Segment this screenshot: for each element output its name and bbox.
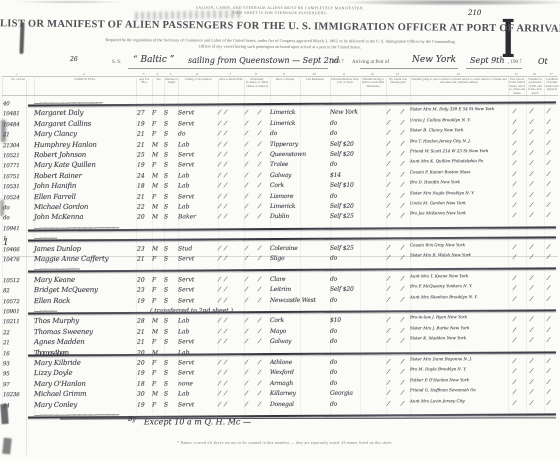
ss-label: S. S. [112, 60, 121, 65]
column-number: 13 [386, 72, 408, 76]
cell-ticket-number: 10941 [3, 226, 20, 232]
cell-relative-address: Friend W. Scott 214 W 23 St New York [410, 149, 504, 154]
cell-health-ditto: ⁄ [548, 212, 549, 219]
cell-sex: F [152, 276, 156, 283]
cell-age: 21 [137, 141, 145, 148]
cell-ticket-ditto: ⁄ [388, 213, 389, 220]
cell-ticket-number: 10521 [3, 153, 20, 159]
cell-money-ditto: ⁄ [531, 212, 532, 219]
column-number: 3 [136, 72, 151, 76]
cell-health-ditto: ⁄ [548, 285, 549, 292]
cell-ticket-ditto: ⁄ [388, 140, 389, 147]
cell-ticket-ditto: ⁄ [388, 119, 389, 126]
column-number: 2 [34, 72, 134, 76]
cell-money-ditto: ⁄ [531, 389, 532, 396]
cell-ever-in-us-ditto: ⁄ [514, 129, 515, 136]
cell-ticket-ditto: ⁄ [388, 244, 389, 251]
cell-occupation: Lab [178, 391, 189, 398]
scan-noise-top-right [300, 0, 560, 6]
cell-destination-payment: do [330, 130, 337, 137]
cell-relative-address: Bro-in-law J. Ryan New York [410, 315, 504, 320]
column-header: Calling or Occupation [178, 78, 217, 95]
cell-health-ditto: ⁄ [548, 119, 549, 126]
cell-sex: F [152, 110, 156, 117]
column-header: Married or Single [164, 78, 178, 95]
cell-nationality-ditto: ⁄ [246, 297, 247, 304]
cell-sex: F [152, 131, 156, 138]
cell-race-ditto: ⁄ [259, 130, 260, 137]
cell-destination-payment: do [330, 328, 337, 335]
cell-nationality-ditto: ⁄ [246, 255, 247, 262]
cell-relative-address: Bro T. Hanlon Jersey City N. J. [410, 139, 504, 144]
cell-sex: M [152, 328, 158, 335]
cell-health-ditto: ⁄ [548, 243, 549, 250]
cell-read-write-ditto: ⁄⁄ [219, 110, 231, 117]
cell-destination-payment: do [330, 380, 337, 387]
margin-mark: 1 [3, 238, 9, 248]
cell-marital-status: S [164, 391, 168, 398]
cell-health-ditto: ⁄ [548, 327, 549, 334]
cell-health-ditto: ⁄ [548, 254, 549, 261]
cell-ticket-number: 21304 [3, 143, 20, 149]
cell-money-ditto: ⁄ [531, 243, 532, 250]
cell-relative-address: Cousin P. Rainer Boston Mass [410, 170, 504, 175]
cell-money-ditto: ⁄ [531, 316, 532, 323]
cell-occupation: Stud [178, 245, 192, 252]
cell-passage-ditto: ⁄ [402, 244, 403, 251]
cell-race-ditto: ⁄ [259, 245, 260, 252]
cell-passage-ditto: ⁄ [402, 192, 403, 199]
cell-last-residence: Killarney [270, 390, 296, 397]
cell-passage-ditto: ⁄ [402, 317, 403, 324]
cell-passage-ditto: ⁄ [402, 182, 403, 189]
cell-relative-address: Sister Mrs M. Daly 339 E 54 St New York [410, 107, 504, 112]
cell-ever-in-us-ditto: ⁄ [514, 108, 515, 115]
cell-race-ditto: ⁄ [259, 161, 260, 168]
cell-nationality-ditto: ⁄ [246, 380, 247, 387]
cell-ticket-ditto: ⁄ [388, 130, 389, 137]
cell-sex: M [152, 349, 158, 356]
header-rule-bottom [2, 95, 558, 96]
cell-destination-payment: do [330, 120, 337, 127]
cell-race-ditto: ⁄ [259, 151, 260, 158]
cell-occupation: Lab [178, 172, 189, 179]
cell-name: Michael Grimm [34, 390, 87, 398]
cell-race-ditto: ⁄ [259, 369, 260, 376]
cell-name: ———— [34, 307, 56, 315]
cell-age: 18 [137, 183, 145, 190]
cell-passage-ditto: ⁄ [402, 400, 403, 407]
cell-relative-address: Sister Mrs Nagle Brooklyn N. Y. [410, 191, 504, 196]
cell-relative-address: Bro Jas McKenna New York [410, 211, 504, 216]
cell-sex: F [152, 287, 156, 294]
cell-ever-in-us-ditto: ⁄ [514, 337, 515, 344]
cell-nationality-ditto: ⁄ [246, 203, 247, 210]
column-number: 17 [544, 72, 558, 76]
cell-race-ditto: ⁄ [259, 109, 260, 116]
cell-relative-address: Aunt Mrs Lavin Jersey City [410, 399, 504, 404]
handwritten-footer-note: ByExcept 10 a m Q. H. Mc — [128, 416, 251, 427]
voyage-line: 26 S. S. “ Baltic ” sailing from Queenst… [0, 54, 560, 72]
cell-last-residence: Leitrim [270, 286, 291, 293]
cell-age: 23 [137, 287, 145, 294]
cell-name: Ellen Rock [34, 297, 70, 305]
cell-relative-address: Bro P. McQueeny Yonkers N. Y. [410, 284, 504, 289]
cell-destination-payment: do [330, 192, 337, 199]
cell-ticket-ditto: ⁄ [388, 286, 389, 293]
cell-marital-status: S [164, 370, 168, 377]
cell-ticket-ditto: ⁄ [388, 400, 389, 407]
cell-age: 28 [137, 318, 145, 325]
cell-occupation: none [178, 380, 193, 387]
column-header: Whether going to join a relative or frie… [410, 78, 507, 95]
cell-destination-payment: do [330, 359, 337, 366]
cell-occupation: Servt [178, 193, 194, 200]
column-header: Sex [152, 78, 164, 95]
cell-race-ditto: ⁄ [259, 390, 260, 397]
cell-sex: F [152, 370, 156, 377]
cell-marital-status: S [164, 339, 168, 346]
manifest-row: ————— —————— ———— [0, 409, 560, 421]
cell-age: 30 [137, 391, 145, 398]
cell-passage-ditto: ⁄ [402, 390, 403, 397]
cell-age: 20 [137, 214, 145, 221]
cell-ever-in-us-ditto: ⁄ [514, 212, 515, 219]
cell-marital-status: S [164, 276, 168, 283]
cell-last-residence: Limerick [270, 203, 295, 210]
manifest-table: 1234567891011121314151617 No. on ListNAM… [0, 72, 560, 420]
column-number: 6 [178, 72, 216, 76]
cell-ticket-ditto: ⁄ [388, 379, 389, 386]
cell-age: 18 [137, 380, 145, 387]
cell-occupation: Servt [178, 359, 194, 366]
column-number: 4 [152, 72, 163, 76]
cell-age: 21 [137, 339, 145, 346]
cell-relative-address: Father P. O'Hanlon New York [410, 378, 504, 383]
cell-nationality-ditto: ⁄ [246, 130, 247, 137]
cell-ticket-number: do [3, 216, 9, 222]
cell-passage-ditto: ⁄ [402, 254, 403, 261]
cell-ticket-number: 10771 [3, 164, 20, 170]
column-header: Last Residence [300, 78, 329, 95]
cell-age: 21 [137, 328, 145, 335]
column-number: 10 [300, 72, 328, 76]
cell-nationality-ditto: ⁄ [246, 370, 247, 377]
cell-name: Thomas Sweeney [34, 328, 93, 336]
cell-race-ditto: ⁄ [259, 182, 260, 189]
cell-read-write-ditto: ⁄⁄ [219, 380, 231, 387]
column-number: 16 [526, 72, 542, 76]
cell-occupation: Servt [178, 297, 194, 304]
cell-read-write-ditto: ⁄⁄ [219, 245, 231, 252]
cell-nationality-ditto: ⁄ [246, 359, 247, 366]
cell-money-ditto: ⁄ [531, 202, 532, 209]
cell-race-ditto: ⁄ [259, 213, 260, 220]
cell-ever-in-us-ditto: ⁄ [514, 285, 515, 292]
cell-health-ditto: ⁄ [548, 389, 549, 396]
column-number: 11 [330, 72, 358, 76]
cell-destination-payment: do [330, 369, 337, 376]
cell-name: Mary Kilbride [34, 359, 81, 367]
cell-passage-ditto: ⁄ [402, 358, 403, 365]
cell-name: John McKenna [34, 213, 83, 221]
column-header: Whether in possession of $50, and if les… [526, 78, 543, 95]
cell-occupation: Lab [178, 349, 189, 356]
cell-ticket-ditto: ⁄ [388, 317, 389, 324]
cell-ticket-ditto: ⁄ [388, 171, 389, 178]
cell-ticket-number: 10901 [3, 309, 20, 315]
cell-destination-payment: Self $20 [330, 151, 354, 158]
cell-occupation: Lab [178, 183, 189, 190]
cell-ticket-number: 10531 [3, 184, 20, 190]
cell-ever-in-us-ditto: ⁄ [514, 358, 515, 365]
column-header: Able to Read Write [218, 78, 243, 95]
cell-sex: M [152, 318, 158, 325]
cell-last-residence: do [270, 130, 277, 137]
cell-health-ditto: ⁄ [548, 399, 549, 406]
cell-destination-payment: Self $10 [330, 182, 354, 189]
cell-race-ditto: ⁄ [259, 297, 260, 304]
cell-nationality-ditto: ⁄ [246, 245, 247, 252]
arriving-label: Arriving at Port of [352, 60, 389, 65]
cell-sex: M [152, 214, 158, 221]
cell-sex: F [152, 339, 156, 346]
cell-last-residence: Limerick [270, 109, 295, 116]
cell-age: 23 [137, 245, 145, 252]
cell-age: 21 [137, 256, 145, 263]
cell-relative-address: Sister B. Clancy New York [410, 128, 504, 133]
cell-ticket-number: 10524 [3, 195, 20, 201]
cell-destination-payment: Self $25 [330, 244, 354, 251]
cell-health-ditto: ⁄ [548, 191, 549, 198]
cell-money-ditto: ⁄ [531, 171, 532, 178]
cell-relative-address: Uncle M. Gordon New York [410, 201, 504, 206]
cell-sex: M [152, 204, 158, 211]
cell-destination-payment: do [330, 161, 337, 168]
cell-age: 20 [137, 276, 145, 283]
cell-ticket-number: 21 [3, 132, 10, 138]
year-blank-2: , 190 7 [508, 60, 522, 65]
cell-nationality-ditto: ⁄ [246, 318, 247, 325]
cell-last-residence: Athlone [270, 359, 292, 366]
column-number: 14 [410, 72, 506, 76]
note-prefix: By [128, 416, 136, 423]
cell-sex: F [152, 401, 156, 408]
cell-ticket-number: 10751 [3, 174, 20, 180]
cell-name: Margaret Callins [34, 120, 91, 128]
cell-occupation: Servt [178, 339, 194, 346]
cell-ever-in-us-ditto: ⁄ [514, 244, 515, 251]
cell-money-ditto: ⁄ [531, 285, 532, 292]
cell-marital-status: S [164, 255, 168, 262]
cell-name: ———— [34, 234, 56, 242]
cell-nationality-ditto: ⁄ [246, 214, 247, 221]
cell-age: 19 [137, 297, 145, 304]
cell-ever-in-us-ditto: ⁄ [514, 296, 515, 303]
cell-ticket-number: 97 [3, 382, 10, 388]
cell-marital-status: S [164, 287, 168, 294]
cell-last-residence: Tipperary [270, 141, 298, 148]
cell-read-write-ditto: ⁄⁄ [219, 328, 231, 335]
cell-last-residence: Lismore [270, 193, 293, 200]
cell-marital-status: S [164, 203, 168, 210]
cell-ever-in-us-ditto: ⁄ [514, 316, 515, 323]
cell-sex: M [152, 141, 158, 148]
cell-occupation: Lab [178, 141, 189, 148]
cell-sex: F [152, 120, 156, 127]
cell-name: Robert Rainer [34, 172, 82, 180]
cell-marital-status: S [164, 318, 168, 325]
cell-health-ditto: ⁄ [548, 202, 549, 209]
scanned-manifest-page: SALOON, CABIN, AND STEERAGE ALIENS MUST … [0, 0, 560, 461]
cell-relative-address: Sister Mrs Dunn Bayonne N. J. [410, 357, 504, 362]
cell-last-residence: Cork [270, 317, 284, 324]
cell-relative-address: Friend G. Hoffman Savannah Ga [410, 388, 504, 393]
cell-ticket-number: 82 [3, 288, 10, 294]
cell-sex: F [152, 380, 156, 387]
cell-passage-ditto: ⁄ [402, 171, 403, 178]
cell-read-write-ditto: ⁄⁄ [219, 370, 231, 377]
cell-occupation: Servt [178, 162, 194, 169]
cell-destination-payment: $10 [330, 317, 341, 324]
cell-ever-in-us-ditto: ⁄ [514, 202, 515, 209]
cell-age: 24 [137, 172, 145, 179]
cell-health-ditto: ⁄ [548, 316, 549, 323]
cell-sex: M [152, 172, 158, 179]
cell-passage-ditto: ⁄ [402, 275, 403, 282]
cell-health-ditto: ⁄ [548, 108, 549, 115]
column-number: 12 [360, 72, 384, 76]
cell-nationality-ditto: ⁄ [246, 401, 247, 408]
cell-note: ( transferred to 2nd sheet ) [150, 307, 233, 314]
cell-marital-status: S [164, 120, 168, 127]
end-mark: Ot [538, 57, 548, 66]
cell-last-residence: Galway [270, 172, 291, 179]
cell-ticket-number: 10211 [3, 320, 20, 326]
cell-health-ditto: ⁄ [548, 295, 549, 302]
cell-nationality-ditto: ⁄ [246, 162, 247, 169]
cell-health-ditto: ⁄ [548, 150, 549, 157]
cell-ever-in-us-ditto: ⁄ [514, 275, 515, 282]
cell-relative-address: Aunt Mrs K. Quillen Philadelphia Pa [410, 159, 504, 164]
note-text: Except 10 a m Q. H. Mc — [144, 418, 251, 427]
column-header: Age Yrs. Mos. [136, 78, 152, 95]
arrival-date: Sept 9th [470, 56, 505, 65]
cell-health-ditto: ⁄ [548, 275, 549, 282]
cell-health-ditto: ⁄ [548, 139, 549, 146]
cell-read-write-ditto: ⁄⁄ [219, 182, 231, 189]
cell-name: Humphrey Hanlon [34, 140, 97, 148]
cell-health-ditto: ⁄ [548, 129, 549, 136]
column-number: 5 [164, 72, 177, 76]
cell-last-residence: Newcastle West [270, 296, 316, 303]
cell-name: Agnes Madden [34, 338, 85, 346]
column-header: Condition of health, mental and physical [544, 78, 559, 95]
column-number: 8 [244, 72, 268, 76]
cell-nationality-ditto: ⁄ [246, 172, 247, 179]
cell-age: 20 [137, 349, 145, 356]
cell-read-write-ditto: ⁄⁄ [219, 172, 231, 179]
cell-name: ———— ————— ——— [34, 99, 101, 107]
cell-last-residence: Limerick [270, 120, 295, 127]
cell-age: 20 [137, 360, 145, 367]
cell-marital-status: S [164, 172, 168, 179]
column-header: Ever before in the United States; and if… [508, 78, 525, 95]
cell-sex: M [152, 391, 158, 398]
cell-passage-ditto: ⁄ [402, 369, 403, 376]
cell-age: 21 [137, 193, 145, 200]
cell-name: Bridget McQueeny [34, 286, 98, 294]
cell-passage-ditto: ⁄ [402, 202, 403, 209]
cell-health-ditto: ⁄ [548, 160, 549, 167]
cell-occupation: Servt [178, 287, 194, 294]
cell-last-residence: Dublin [270, 213, 289, 220]
cell-passage-ditto: ⁄ [402, 286, 403, 293]
cell-name: Mary Keane [34, 276, 75, 284]
cell-ever-in-us-ditto: ⁄ [514, 119, 515, 126]
column-header: NAME IN FULL [34, 78, 135, 95]
column-number: 9 [270, 72, 298, 76]
cell-relative-address: Bro D. Hanifin New York [410, 180, 504, 185]
cell-nationality-ditto: ⁄ [246, 193, 247, 200]
column-number: 7 [218, 72, 242, 76]
cell-nationality-ditto: ⁄ [246, 276, 247, 283]
cell-race-ditto: ⁄ [259, 359, 260, 366]
cell-last-residence: Mayo [270, 328, 286, 335]
cell-read-write-ditto: ⁄⁄ [219, 401, 231, 408]
cell-name: ————— —————— ———— [34, 411, 118, 419]
column-header: By whom was passage paid [386, 78, 409, 95]
cell-last-residence: Cork [270, 182, 284, 189]
cell-money-ditto: ⁄ [531, 160, 532, 167]
cell-money-ditto: ⁄ [531, 379, 532, 386]
cell-read-write-ditto: ⁄⁄ [219, 162, 231, 169]
cell-passage-ditto: ⁄ [402, 327, 403, 334]
cell-read-write-ditto: ⁄⁄ [219, 286, 231, 293]
cell-name: Thos Murphy [34, 317, 79, 325]
cell-name: Mary O'Hanlon [34, 380, 86, 388]
cell-ever-in-us-ditto: ⁄ [514, 327, 515, 334]
cell-destination-payment: Self $20 [330, 203, 354, 210]
cell-ticket-number: do [3, 205, 9, 211]
cell-ever-in-us-ditto: ⁄ [514, 254, 515, 261]
cell-marital-status: S [164, 162, 168, 169]
cell-relative-address: Aunt Mrs Sheehan Brooklyn N. Y. [410, 295, 504, 300]
cell-ticket-ditto: ⁄ [388, 296, 389, 303]
footer-fine-print: * Names crossed off above are not to be … [110, 441, 460, 445]
cell-marital-status: S [164, 141, 168, 148]
cell-marital-status: S [164, 183, 168, 190]
cell-passage-ditto: ⁄ [402, 109, 403, 116]
cell-occupation: Servt [178, 276, 194, 283]
cell-ever-in-us-ditto: ⁄ [514, 181, 515, 188]
cell-ticket-number: 16 [3, 351, 10, 357]
cell-ticket-number: 10512 [3, 278, 20, 284]
cell-destination-payment: Self $25 [330, 213, 354, 220]
cell-nationality-ditto: ⁄ [246, 338, 247, 345]
cell-read-write-ditto: ⁄⁄ [219, 120, 231, 127]
page-number: 210 [468, 9, 481, 17]
cell-ticket-ditto: ⁄ [388, 182, 389, 189]
cell-race-ditto: ⁄ [259, 203, 260, 210]
cell-ever-in-us-ditto: ⁄ [514, 379, 515, 386]
cell-name: ——— ————— [34, 265, 79, 273]
cell-last-residence: Wexford [270, 369, 294, 376]
column-header: Final Destination State City or Town [330, 78, 359, 95]
cell-occupation: Servt [178, 401, 194, 408]
cell-age: 19 [137, 401, 145, 408]
cell-ticket-ditto: ⁄ [388, 338, 389, 345]
